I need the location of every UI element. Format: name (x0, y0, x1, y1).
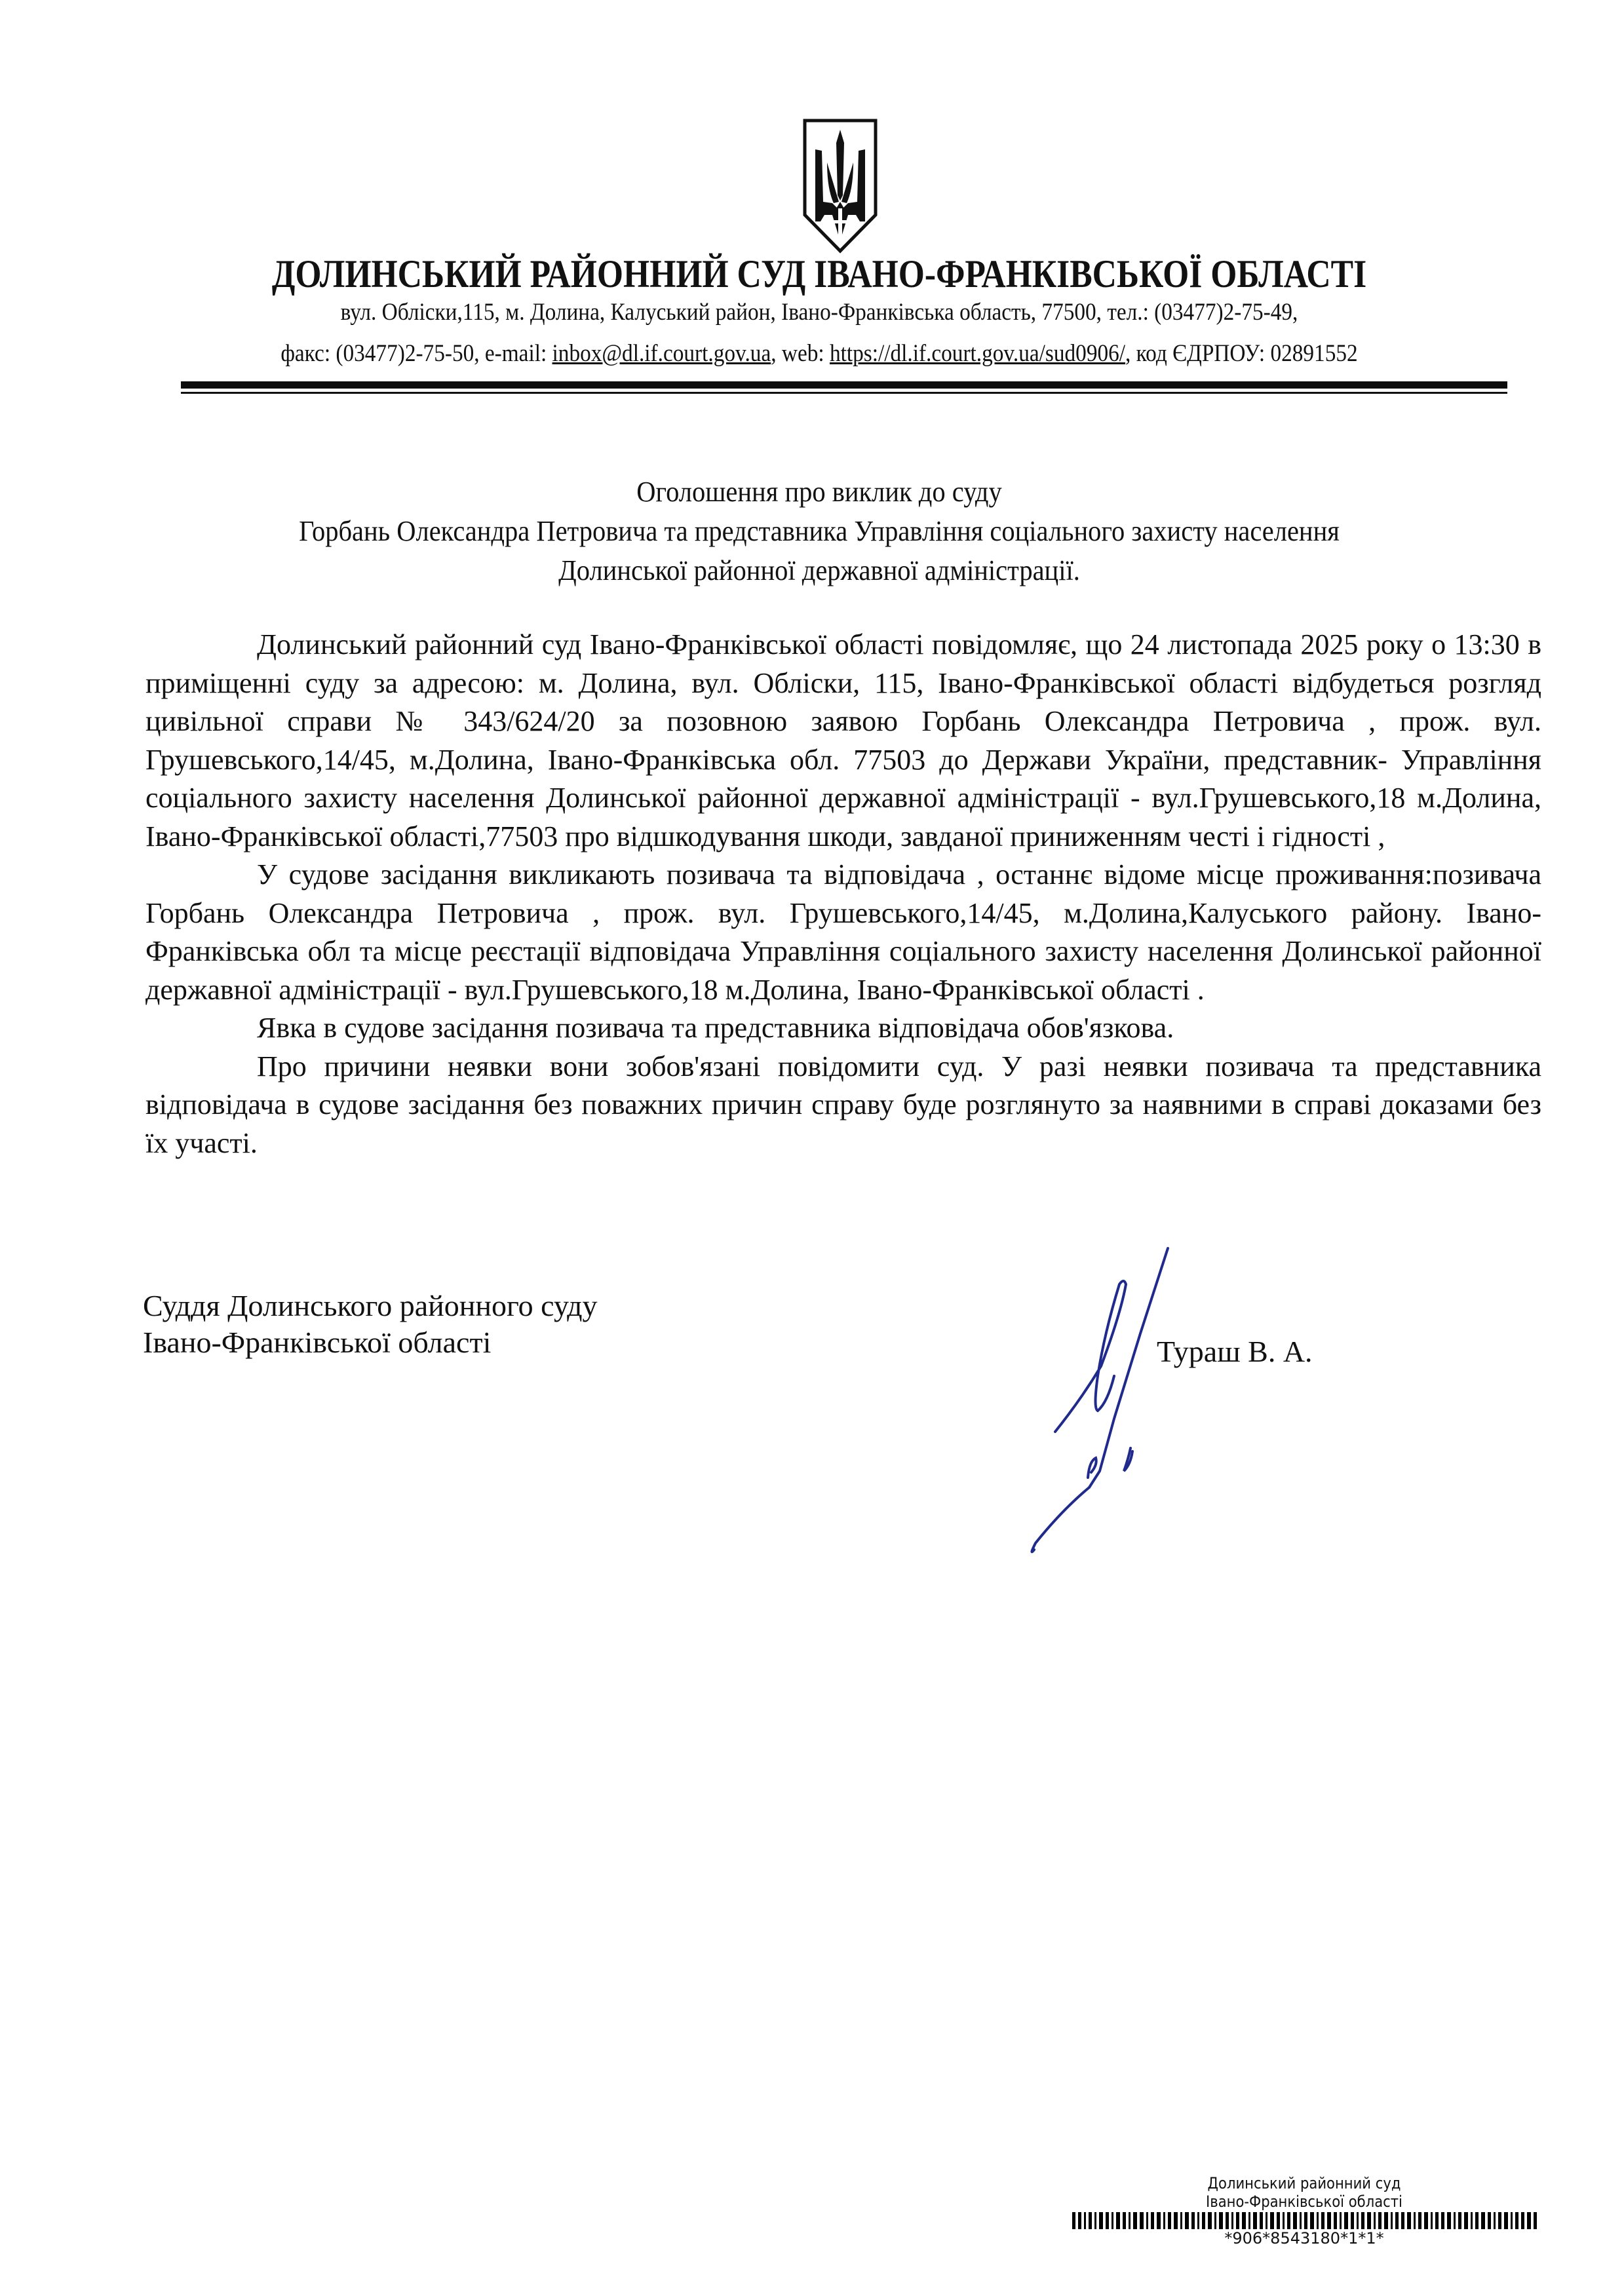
barcode-number: *906*8543180*1*1* (1062, 2229, 1547, 2248)
stamp-line1: Долинський районний суд (1091, 2174, 1517, 2192)
edrpou-code: , код ЄДРПОУ: 02891552 (1125, 340, 1358, 367)
registration-stamp: Долинський районний суд Івано-Франківськ… (1062, 2174, 1547, 2248)
paragraph-absence-consequences: Про причини неявки вони зобов'язані пові… (145, 1048, 1541, 1163)
paragraph-attendance: Явка в судове засідання позивача та пред… (145, 1009, 1541, 1048)
paragraph-hearing-details: Долинський районний суд Івано-Франківськ… (145, 626, 1541, 856)
paragraph-summons: У судове засідання викликають позивача т… (145, 856, 1541, 1009)
email-link[interactable]: inbox@dl.if.court.gov.ua (552, 340, 771, 367)
judge-name: Тураш В. А. (1157, 1334, 1313, 1369)
barcode-icon (1062, 2212, 1547, 2229)
judge-position-line2: Івано-Франківської області (143, 1324, 598, 1361)
court-address: вул. Обліски,115, м. Долина, Калуський р… (235, 298, 1403, 326)
court-contacts: факс: (03477)2-75-50, e-mail: inbox@dl.i… (235, 339, 1403, 368)
web-label: , web: (771, 340, 830, 367)
court-name: ДОЛИНСЬКИЙ РАЙОННИЙ СУД ІВАНО-ФРАНКІВСЬК… (261, 252, 1378, 297)
notice-subtitle-line2: Долинської районної державної адміністра… (222, 554, 1416, 587)
fax-label: факс: (03477)2-75-50, e-mail: (280, 340, 552, 367)
website-link[interactable]: https://dl.if.court.gov.ua/sud0906/ (830, 340, 1125, 367)
notice-title: Оголошення про виклик до суду (222, 475, 1416, 508)
stamp-line2: Івано-Франківської області (1091, 2192, 1517, 2211)
notice-subtitle-line1: Горбань Олександра Петровича та представ… (222, 514, 1416, 548)
judge-position: Суддя Долинського районного суду Івано-Ф… (143, 1288, 598, 1361)
notice-body: Долинський районний суд Івано-Франківськ… (145, 626, 1541, 1162)
judge-position-line1: Суддя Долинського районного суду (143, 1288, 598, 1324)
header-divider-thick (181, 381, 1507, 389)
handwritten-signature-icon (1016, 1235, 1226, 1563)
trident-coat-of-arms-icon (801, 117, 880, 254)
header-divider-thin (181, 392, 1507, 394)
